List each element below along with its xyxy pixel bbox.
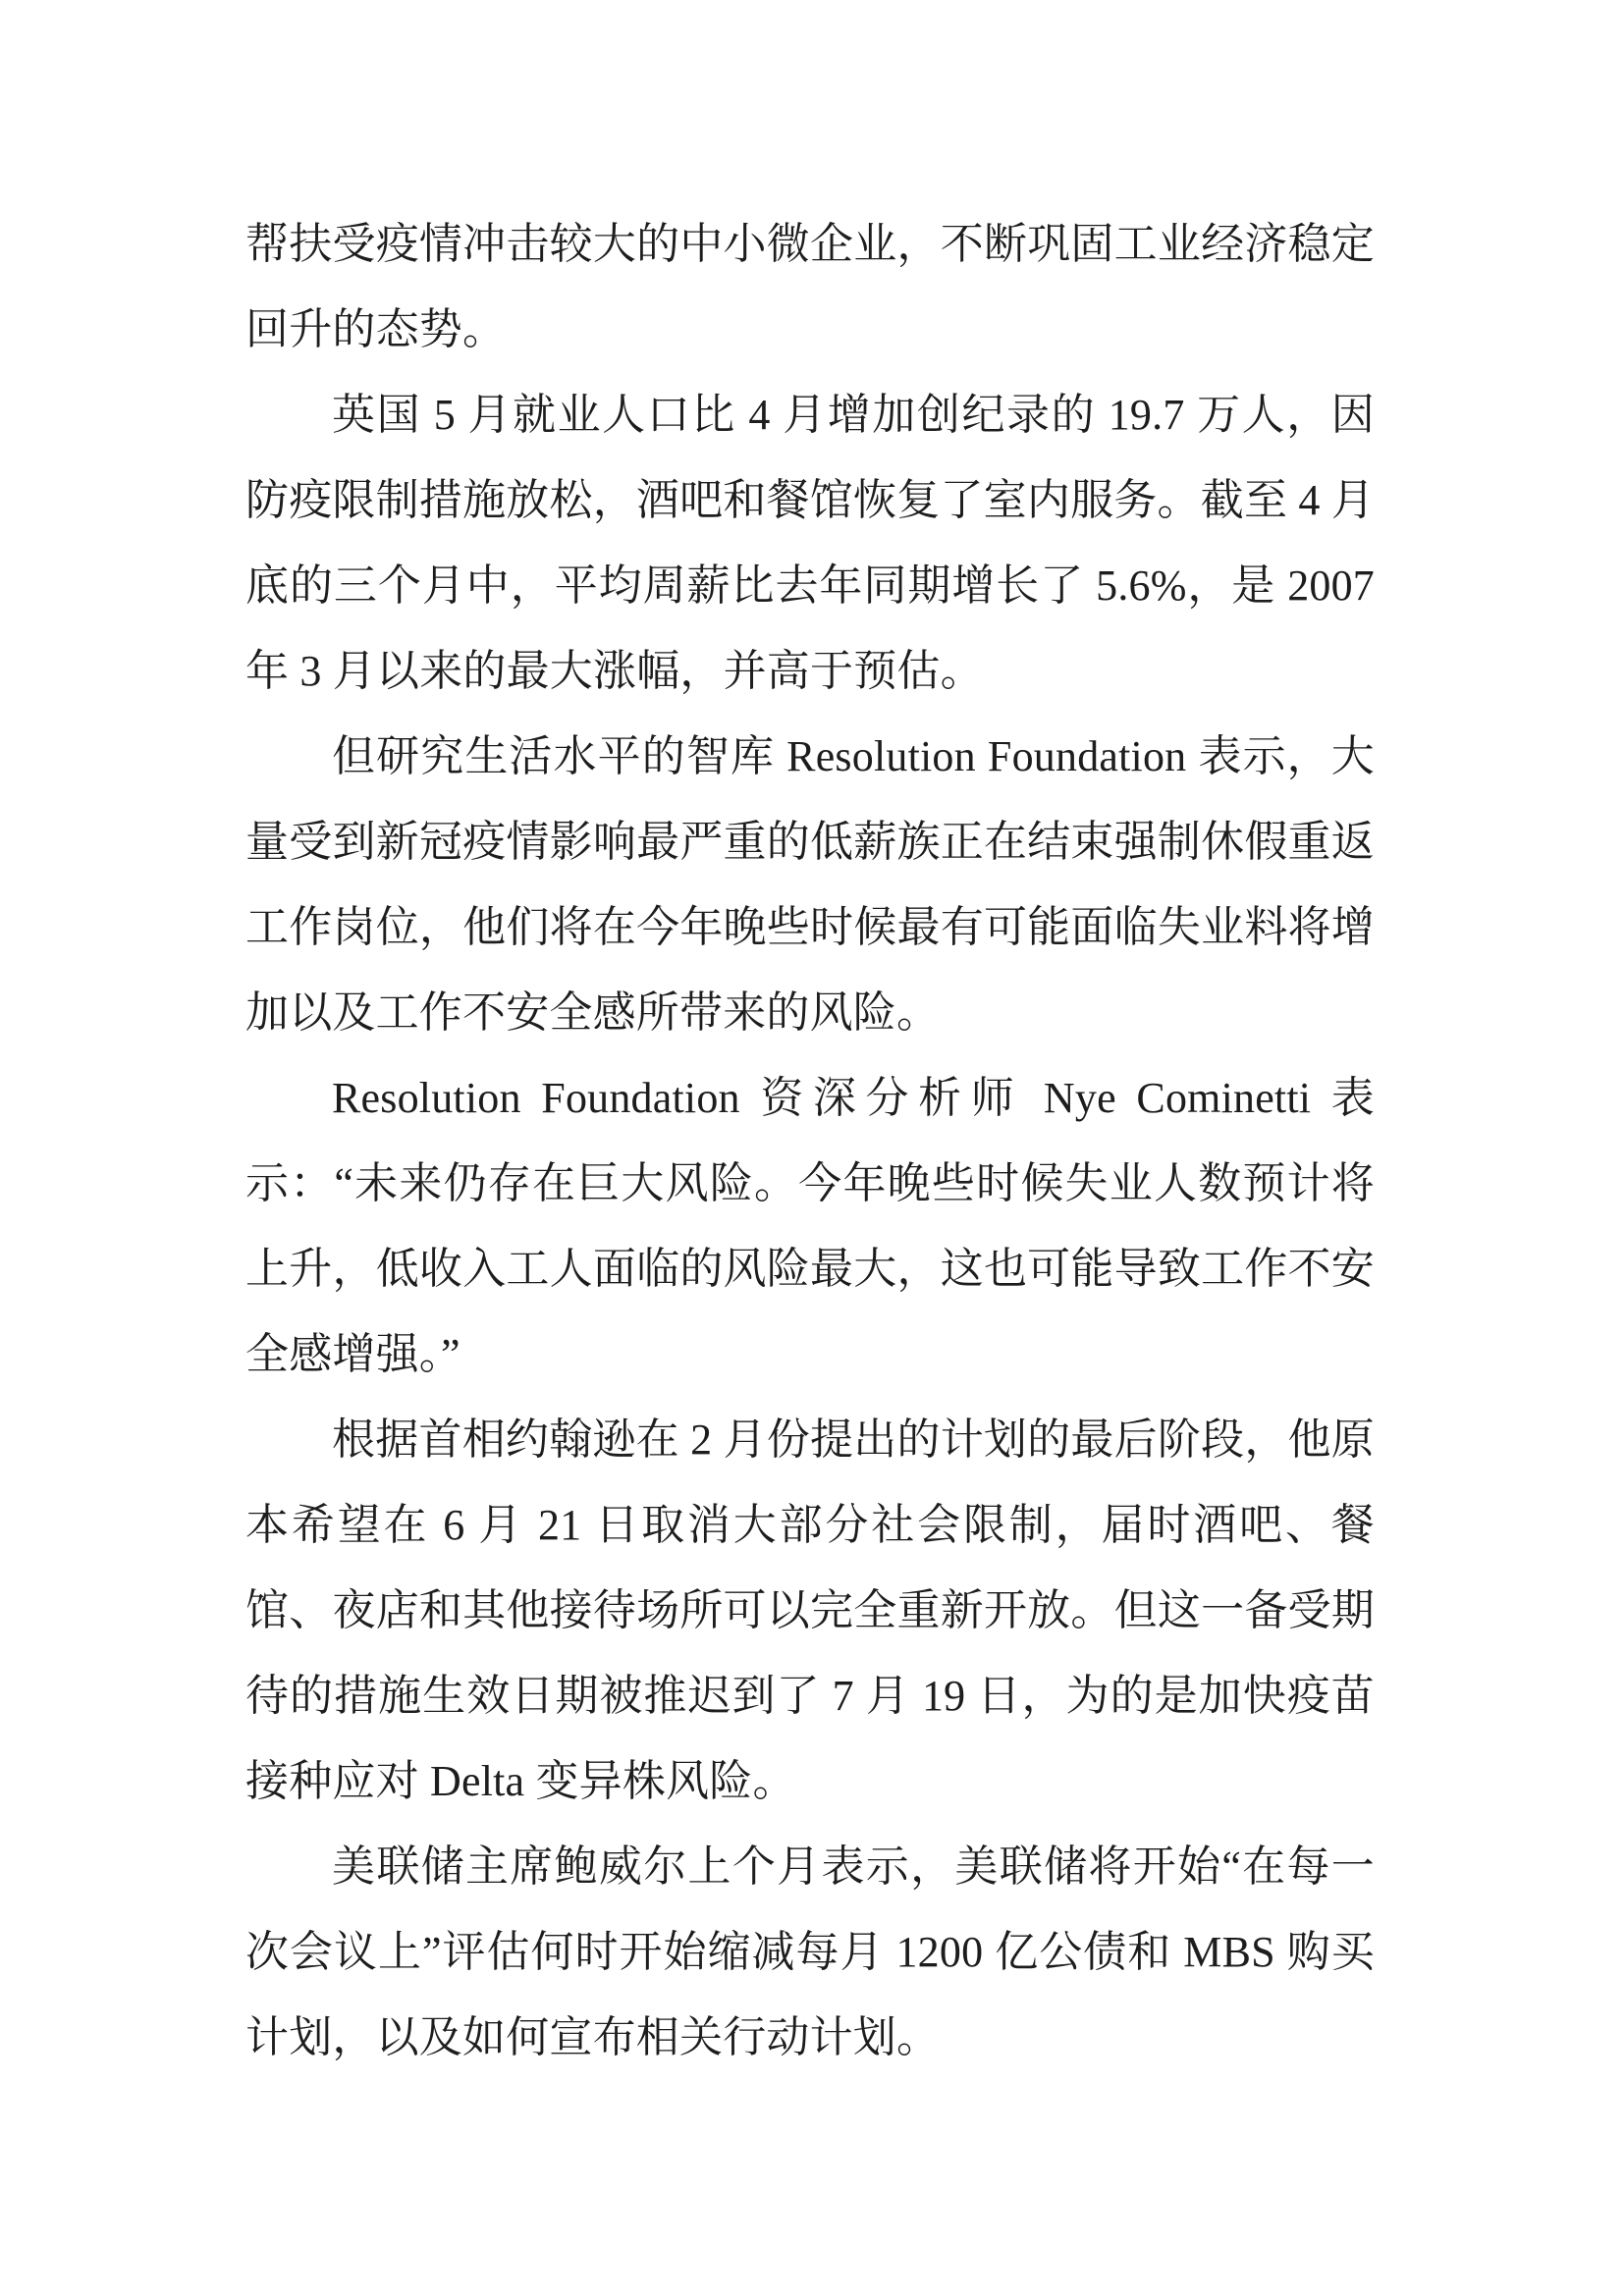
paragraph-industry-support: 帮扶受疫情冲击较大的中小微企业，不断巩固工业经济稳定回升的态势。 xyxy=(245,201,1375,372)
document-page: 帮扶受疫情冲击较大的中小微企业，不断巩固工业经济稳定回升的态势。 英国 5 月就… xyxy=(0,0,1624,2296)
document-body: 帮扶受疫情冲击较大的中小微企业，不断巩固工业经济稳定回升的态势。 英国 5 月就… xyxy=(245,201,1375,2080)
paragraph-resolution-foundation: 但研究生活水平的智库 Resolution Foundation 表示，大量受到… xyxy=(245,714,1375,1055)
paragraph-fed-powell-taper: 美联储主席鲍威尔上个月表示，美联储将开始“在每一次会议上”评估何时开始缩减每月 … xyxy=(245,1824,1375,2080)
paragraph-uk-employment: 英国 5 月就业人口比 4 月增加创纪录的 19.7 万人，因防疫限制措施放松，… xyxy=(245,372,1375,714)
paragraph-nye-cominetti-quote: Resolution Foundation 资深分析师 Nye Cominett… xyxy=(245,1055,1375,1397)
paragraph-johnson-reopening-plan: 根据首相约翰逊在 2 月份提出的计划的最后阶段，他原本希望在 6 月 21 日取… xyxy=(245,1397,1375,1824)
